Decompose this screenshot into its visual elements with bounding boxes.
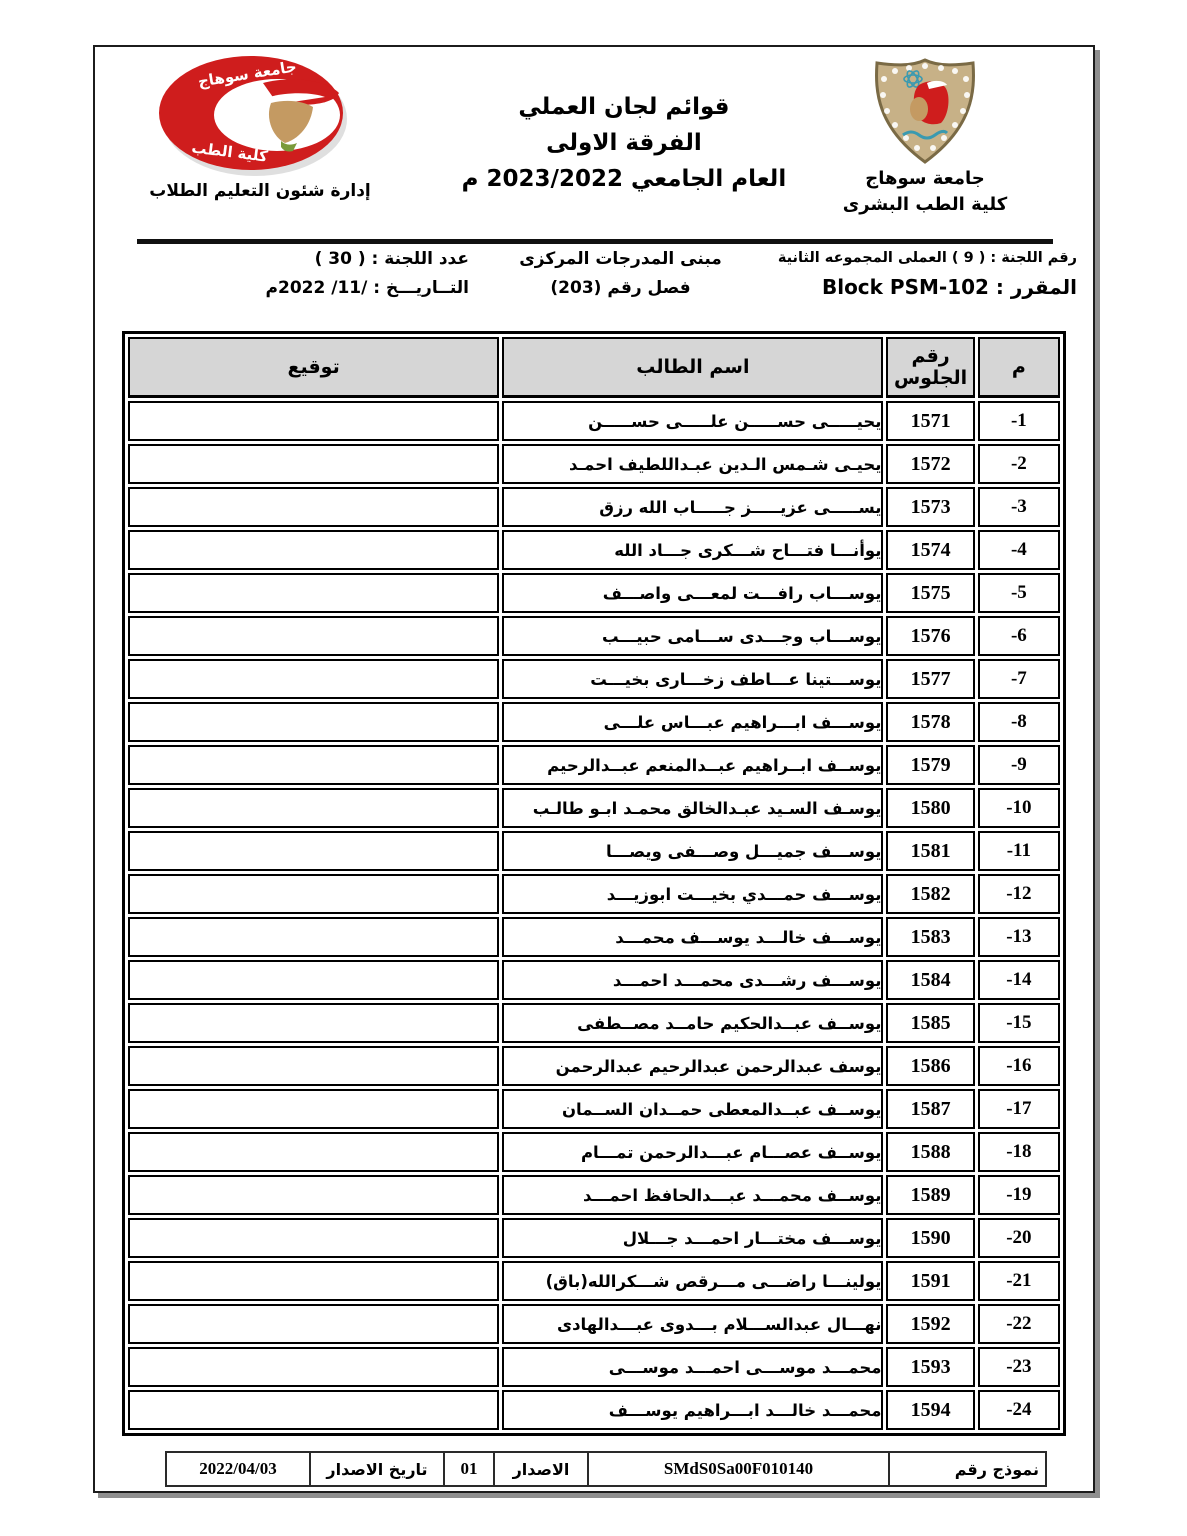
seat-number: 1588 bbox=[886, 1132, 974, 1172]
title-line3: العام الجامعي 2023/2022 م bbox=[462, 161, 787, 197]
table-row: -211591يولينـــا راضـــى مـــرقص شـــكرا… bbox=[128, 1261, 1060, 1301]
row-index: -11 bbox=[978, 831, 1060, 871]
seat-number: 1585 bbox=[886, 1003, 974, 1043]
row-index: -24 bbox=[978, 1390, 1060, 1430]
row-index: -17 bbox=[978, 1089, 1060, 1129]
student-table: م رقم الجلوس اسم الطالب توقيع -11571يحيـ… bbox=[122, 331, 1066, 1436]
issue-value: 01 bbox=[444, 1452, 494, 1486]
student-name: يوســـف ابـــراهيم عبـــاس علـــى bbox=[502, 702, 883, 742]
table-row: -21572يحيـى شـمس الـدين عبـداللطيف احمـد bbox=[128, 444, 1060, 484]
row-index: -6 bbox=[978, 616, 1060, 656]
table-row: -81578يوســـف ابـــراهيم عبـــاس علـــى bbox=[128, 702, 1060, 742]
signature-cell bbox=[128, 1390, 499, 1430]
table-row: -101580يوسـف السـيد عبـدالخالق محمـد ابـ… bbox=[128, 788, 1060, 828]
student-name: يحيـــــى حســـــن علـــــى حســـــن bbox=[502, 401, 883, 441]
student-name: يوســـف رشـــدى محمـــد احمـــد bbox=[502, 960, 883, 1000]
table-header-row: م رقم الجلوس اسم الطالب توقيع bbox=[128, 337, 1060, 398]
table-row: -201590يوســـف مختـــار احمـــد جـــلال bbox=[128, 1218, 1060, 1258]
header-seat-line2: الجلوس bbox=[888, 367, 972, 389]
row-index: -10 bbox=[978, 788, 1060, 828]
header-signature: توقيع bbox=[128, 337, 499, 398]
student-name: يوســـف حمـــدي بخيـــت ابوزيـــد bbox=[502, 874, 883, 914]
signature-cell bbox=[128, 1046, 499, 1086]
table-row: -131583يوســـف خالـــد يوســـف محمـــد bbox=[128, 917, 1060, 957]
student-table-body: -11571يحيـــــى حســـــن علـــــى حســــ… bbox=[128, 401, 1060, 1430]
faculty-name: كلية الطب البشرى bbox=[815, 193, 1035, 217]
student-name: يحيـى شـمس الـدين عبـداللطيف احمـد bbox=[502, 444, 883, 484]
table-row: -221592نهـــال عبدالســـلام بـــدوى عبــ… bbox=[128, 1304, 1060, 1344]
student-name: يوســـف خالـــد يوســـف محمـــد bbox=[502, 917, 883, 957]
seat-number: 1582 bbox=[886, 874, 974, 914]
student-name: محمـــد خالـــد ابـــراهيم يوســـف bbox=[502, 1390, 883, 1430]
row-index: -3 bbox=[978, 487, 1060, 527]
signature-cell bbox=[128, 1175, 499, 1215]
signature-cell bbox=[128, 1347, 499, 1387]
row-index: -1 bbox=[978, 401, 1060, 441]
seat-number: 1590 bbox=[886, 1218, 974, 1258]
table-row: -141584يوســـف رشـــدى محمـــد احمـــد bbox=[128, 960, 1060, 1000]
signature-cell bbox=[128, 917, 499, 957]
issue-date-label: تاريخ الاصدار bbox=[310, 1452, 444, 1486]
row-index: -2 bbox=[978, 444, 1060, 484]
form-number-value: SMdS0Sa00F010140 bbox=[588, 1452, 889, 1486]
seat-number: 1579 bbox=[886, 745, 974, 785]
row-index: -8 bbox=[978, 702, 1060, 742]
signature-cell bbox=[128, 1003, 499, 1043]
student-name: يولينـــا راضـــى مـــرقص شـــكرالله(باق… bbox=[502, 1261, 883, 1301]
table-row: -241594محمـــد خالـــد ابـــراهيم يوســـ… bbox=[128, 1390, 1060, 1430]
student-name: يوســـاب رافـــت لمعـــى واصـــف bbox=[502, 573, 883, 613]
seat-number: 1584 bbox=[886, 960, 974, 1000]
committee-number-line: رقم اللجنة : ( 9 ) العملى المجموعه الثان… bbox=[757, 245, 1077, 271]
university-logo-block: جامعة سوهاج كلية الطب البشرى bbox=[815, 57, 1035, 217]
date-line: التــاريـــخ : /11/ 2022م bbox=[159, 274, 469, 303]
seat-number: 1575 bbox=[886, 573, 974, 613]
signature-cell bbox=[128, 487, 499, 527]
count-line: عدد اللجنة : ( 30 ) bbox=[159, 245, 469, 274]
table-row: -71577يوســـتينا عـــاطف زخـــارى بخيـــ… bbox=[128, 659, 1060, 699]
signature-cell bbox=[128, 444, 499, 484]
issue-date-value: 2022/04/03 bbox=[166, 1452, 310, 1486]
student-name: يوسـف السـيد عبـدالخالق محمـد ابـو طالـب bbox=[502, 788, 883, 828]
row-index: -15 bbox=[978, 1003, 1060, 1043]
table-row: -171587يوســف عبــدالمعطى حمــدان الســم… bbox=[128, 1089, 1060, 1129]
seat-number: 1573 bbox=[886, 487, 974, 527]
committee-info-right: رقم اللجنة : ( 9 ) العملى المجموعه الثان… bbox=[757, 245, 1077, 303]
course-line: المقرر : Block PSM-102 bbox=[757, 271, 1077, 303]
signature-cell bbox=[128, 874, 499, 914]
seat-number: 1583 bbox=[886, 917, 974, 957]
signature-cell bbox=[128, 960, 499, 1000]
table-row: -181588يوســف عصـــام عبـــدالرحمن تمـــ… bbox=[128, 1132, 1060, 1172]
faculty-logo-block: جامعة سوهاج كلية الطب إدارة شئون التعليم… bbox=[135, 53, 385, 201]
signature-cell bbox=[128, 1261, 499, 1301]
signature-cell bbox=[128, 616, 499, 656]
row-index: -14 bbox=[978, 960, 1060, 1000]
row-index: -5 bbox=[978, 573, 1060, 613]
student-name: يوســـتينا عـــاطف زخـــارى بخيـــت bbox=[502, 659, 883, 699]
student-name: يوســـاب وجـــدى ســـامى حبيـــب bbox=[502, 616, 883, 656]
document-page: جامعة سوهاج كلية الطب البشرى قوائم لجان … bbox=[93, 45, 1095, 1493]
table-row: -91579يوســف ابــراهيم عبــدالمنعم عبــد… bbox=[128, 745, 1060, 785]
seat-number: 1593 bbox=[886, 1347, 974, 1387]
header-student-name: اسم الطالب bbox=[502, 337, 883, 398]
row-index: -23 bbox=[978, 1347, 1060, 1387]
table-row: -41574يوأنـــا فتـــاح شـــكرى جـــاد ال… bbox=[128, 530, 1060, 570]
signature-cell bbox=[128, 745, 499, 785]
seat-number: 1576 bbox=[886, 616, 974, 656]
row-index: -16 bbox=[978, 1046, 1060, 1086]
table-row: -191589يوســف محمـــد عبـــدالحافظ احمــ… bbox=[128, 1175, 1060, 1215]
signature-cell bbox=[128, 831, 499, 871]
header-seat-line1: رقم bbox=[888, 345, 972, 367]
student-name: يوســـف مختـــار احمـــد جـــلال bbox=[502, 1218, 883, 1258]
seat-number: 1578 bbox=[886, 702, 974, 742]
seat-number: 1572 bbox=[886, 444, 974, 484]
seat-number: 1571 bbox=[886, 401, 974, 441]
signature-cell bbox=[128, 1218, 499, 1258]
student-name: يوســف عصـــام عبـــدالرحمن تمـــام bbox=[502, 1132, 883, 1172]
committee-info-middle: مبنى المدرجات المركزى فصل رقم (203) bbox=[483, 245, 758, 303]
table-row: -51575يوســـاب رافـــت لمعـــى واصـــف bbox=[128, 573, 1060, 613]
committee-info: رقم اللجنة : ( 9 ) العملى المجموعه الثان… bbox=[95, 239, 1093, 325]
student-name: يوسف عبدالرحمن عبدالرحيم عبدالرحمن bbox=[502, 1046, 883, 1086]
student-name: محمـــد موســـى احمـــد موســـى bbox=[502, 1347, 883, 1387]
row-index: -4 bbox=[978, 530, 1060, 570]
signature-cell bbox=[128, 573, 499, 613]
signature-cell bbox=[128, 1304, 499, 1344]
seat-number: 1592 bbox=[886, 1304, 974, 1344]
signature-cell bbox=[128, 1132, 499, 1172]
student-name: يوســف ابــراهيم عبــدالمنعم عبــدالرحيم bbox=[502, 745, 883, 785]
student-name: يوســف عبــدالمعطى حمــدان الســمان bbox=[502, 1089, 883, 1129]
signature-cell bbox=[128, 659, 499, 699]
row-index: -21 bbox=[978, 1261, 1060, 1301]
table-row: -11571يحيـــــى حســـــن علـــــى حســــ… bbox=[128, 401, 1060, 441]
row-index: -13 bbox=[978, 917, 1060, 957]
header-index: م bbox=[978, 337, 1060, 398]
header-seat: رقم الجلوس bbox=[886, 337, 974, 398]
signature-cell bbox=[128, 1089, 499, 1129]
document-root: { "header": { "university": { "line1": "… bbox=[0, 0, 1187, 1536]
signature-cell bbox=[128, 530, 499, 570]
footer-row: نموذج رقم SMdS0Sa00F010140 الاصدار 01 تا… bbox=[166, 1452, 1046, 1486]
signature-cell bbox=[128, 702, 499, 742]
table-row: -31573يســـــى عزيـــــز جـــــاب الله ر… bbox=[128, 487, 1060, 527]
university-name: جامعة سوهاج bbox=[815, 167, 1035, 191]
title-block: قوائم لجان العملي الفرقة الاولى العام ال… bbox=[462, 89, 787, 197]
row-index: -9 bbox=[978, 745, 1060, 785]
table-row: -151585يوســف عبــدالحكيم حامــد مصــطفى bbox=[128, 1003, 1060, 1043]
row-index: -20 bbox=[978, 1218, 1060, 1258]
student-name: يوســـف جميـــل وصـــفى ويصـــا bbox=[502, 831, 883, 871]
student-name: يوأنـــا فتـــاح شـــكرى جـــاد الله bbox=[502, 530, 883, 570]
footer-table: نموذج رقم SMdS0Sa00F010140 الاصدار 01 تا… bbox=[165, 1451, 1047, 1487]
seat-number: 1574 bbox=[886, 530, 974, 570]
seat-number: 1594 bbox=[886, 1390, 974, 1430]
seat-number: 1591 bbox=[886, 1261, 974, 1301]
admin-caption: إدارة شئون التعليم الطلاب bbox=[135, 181, 385, 201]
table-row: -121582يوســـف حمـــدي بخيـــت ابوزيـــد bbox=[128, 874, 1060, 914]
title-line1: قوائم لجان العملي bbox=[462, 89, 787, 125]
building-line: مبنى المدرجات المركزى bbox=[483, 245, 758, 274]
student-name: يســـــى عزيـــــز جـــــاب الله رزق bbox=[502, 487, 883, 527]
row-index: -7 bbox=[978, 659, 1060, 699]
seat-number: 1577 bbox=[886, 659, 974, 699]
student-name: يوســف عبــدالحكيم حامــد مصــطفى bbox=[502, 1003, 883, 1043]
seat-number: 1581 bbox=[886, 831, 974, 871]
seat-number: 1586 bbox=[886, 1046, 974, 1086]
row-index: -18 bbox=[978, 1132, 1060, 1172]
row-index: -19 bbox=[978, 1175, 1060, 1215]
page-header: جامعة سوهاج كلية الطب البشرى قوائم لجان … bbox=[95, 47, 1093, 239]
seat-number: 1589 bbox=[886, 1175, 974, 1215]
table-row: -61576يوســـاب وجـــدى ســـامى حبيـــب bbox=[128, 616, 1060, 656]
row-index: -12 bbox=[978, 874, 1060, 914]
red-crescent-icon: جامعة سوهاج كلية الطب bbox=[153, 53, 368, 181]
issue-label: الاصدار bbox=[494, 1452, 588, 1486]
university-shield-icon bbox=[869, 57, 981, 165]
signature-cell bbox=[128, 788, 499, 828]
table-row: -231593محمـــد موســـى احمـــد موســـى bbox=[128, 1347, 1060, 1387]
room-line: فصل رقم (203) bbox=[483, 274, 758, 303]
student-name: يوســف محمـــد عبـــدالحافظ احمـــد bbox=[502, 1175, 883, 1215]
student-name: نهـــال عبدالســـلام بـــدوى عبـــدالهاد… bbox=[502, 1304, 883, 1344]
table-row: -161586يوسف عبدالرحمن عبدالرحيم عبدالرحم… bbox=[128, 1046, 1060, 1086]
table-row: -111581يوســـف جميـــل وصـــفى ويصـــا bbox=[128, 831, 1060, 871]
form-number-label: نموذج رقم bbox=[889, 1452, 1046, 1486]
seat-number: 1580 bbox=[886, 788, 974, 828]
signature-cell bbox=[128, 401, 499, 441]
title-line2: الفرقة الاولى bbox=[462, 125, 787, 161]
row-index: -22 bbox=[978, 1304, 1060, 1344]
seat-number: 1587 bbox=[886, 1089, 974, 1129]
committee-info-left: عدد اللجنة : ( 30 ) التــاريـــخ : /11/ … bbox=[159, 245, 469, 303]
